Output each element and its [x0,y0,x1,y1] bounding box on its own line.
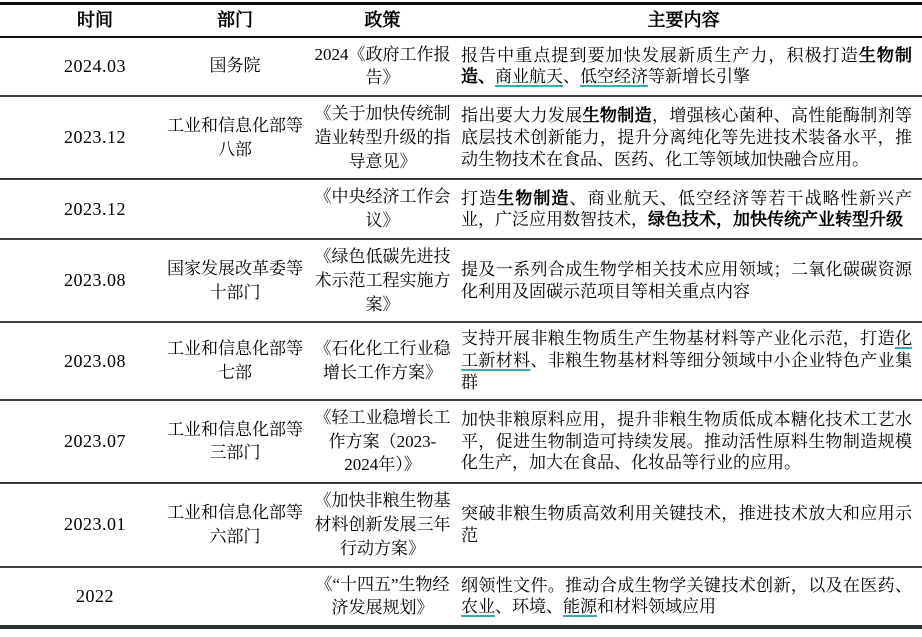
time-cell: 2023.01 [30,512,160,537]
table-row: 2023.08国家发展改革委等十部门《绿色低碳先进技术示范工程实施方案》提及一系… [0,240,922,323]
text-run: 突破非粮生物质高效利用关键技术，推进技术放大和应用示范 [461,504,912,545]
highlighted-term: 商业航天 [495,67,563,86]
content-cell: 加快非粮原料应用，提升非粮生物质低成本糖化技术工艺水平，促进生物制造可持续发展。… [455,409,914,474]
table-row: 2024.03国务院2024《政府工作报告》报告中重点提到要加快发展新质生产力，… [0,38,922,98]
policy-cell: 《加快非粮生物基材料创新发展三年行动方案》 [310,489,455,560]
content-cell: 打造生物制造、商业航天、低空经济等若干战略性新兴产业，广泛应用数智技术，绿色技术… [455,188,914,232]
bold-term: 生物制造 [497,189,569,208]
policy-cell: 《中央经济工作会议》 [310,185,455,233]
time-cell: 2023.08 [30,349,160,374]
text-run: 指出要大力发展 [461,106,583,125]
dept-cell: 国务院 [160,54,310,78]
table-body: 2024.03国务院2024《政府工作报告》报告中重点提到要加快发展新质生产力，… [0,38,922,626]
table-row: 2022《“十四五”生物经济发展规划》纲领性文件。推动合成生物学关键技术创新，以… [0,568,922,626]
text-run: 加快非粮原料应用，提升非粮生物质低成本糖化技术工艺水平，促进生物制造可持续发展。… [461,410,912,473]
content-cell: 指出要大力发展生物制造，增强核心菌种、高性能酶制剂等底层技术创新能力，提升分离纯… [455,105,914,170]
text-run: 和材料领域应用 [597,597,716,616]
dept-cell: 国家发展改革委等十部门 [160,257,310,305]
time-cell: 2023.12 [30,197,160,222]
table-row: 2023.07工业和信息化部等三部门《轻工业稳增长工作方案（2023-2024年… [0,401,922,484]
highlighted-term: 低空经济 [580,67,648,86]
table-header-row: 时间 部门 政策 主要内容 [0,5,922,38]
time-cell: 2024.03 [30,54,160,79]
policy-cell: 《关于加快传统制造业转型升级的指导意见》 [310,102,455,173]
policy-cell: 《“十四五”生物经济发展规划》 [310,573,455,621]
bold-term: 生物制造 [583,106,652,125]
highlighted-term: 农业 [461,597,495,616]
text-run: 、环境、 [495,597,563,616]
table-row: 2023.12工业和信息化部等八部《关于加快传统制造业转型升级的指导意见》指出要… [0,97,922,180]
time-cell: 2023.12 [30,125,160,150]
header-time: 时间 [30,9,160,32]
text-run: 纲领性文件。推动合成生物学关键技术创新，以及在医药、 [461,576,912,595]
header-content: 主要内容 [455,9,912,32]
header-department: 部门 [160,9,310,32]
policy-cell: 2024《政府工作报告》 [310,43,455,91]
bold-term: 绿色技术，加快传统产业转型升级 [648,210,903,229]
dept-cell: 工业和信息化部等八部 [160,114,310,162]
content-cell: 支持开展非粮生物质生产生物基材料等产业化示范，打造化工新材料、非粮生物基材料等细… [455,328,914,393]
header-policy: 政策 [310,9,455,32]
time-cell: 2023.08 [30,268,160,293]
time-cell: 2023.07 [30,429,160,454]
table-row: 2023.08工业和信息化部等七部《石化化工行业稳增长工作方案》支持开展非粮生物… [0,323,922,400]
content-cell: 纲领性文件。推动合成生物学关键技术创新，以及在医药、农业、环境、能源和材料领域应… [455,575,914,619]
text-run: 支持开展非粮生物质生产生物基材料等产业化示范，打造 [461,329,895,348]
text-run: 、 [563,67,580,86]
dept-cell: 工业和信息化部等七部 [160,337,310,385]
content-cell: 提及一系列合成生物学相关技术应用领域；二氧化碳碳资源化利用及固碳示范项目等相关重… [455,259,914,303]
dept-cell: 工业和信息化部等六部门 [160,501,310,549]
policy-cell: 《轻工业稳增长工作方案（2023-2024年）》 [310,406,455,477]
content-cell: 突破非粮生物质高效利用关键技术，推进技术放大和应用示范 [455,503,914,547]
time-cell: 2022 [30,584,160,609]
content-cell: 报告中重点提到要加快发展新质生产力，积极打造生物制造、商业航天、低空经济等新增长… [455,45,914,89]
policy-cell: 《绿色低碳先进技术示范工程实施方案》 [310,245,455,316]
text-run: 打造 [461,189,497,208]
text-run: 报告中重点提到要加快发展新质生产力，积极打造 [461,46,859,65]
table-row: 2023.01工业和信息化部等六部门《加快非粮生物基材料创新发展三年行动方案》突… [0,484,922,567]
highlighted-term: 能源 [563,597,597,616]
table-row: 2023.12《中央经济工作会议》打造生物制造、商业航天、低空经济等若干战略性新… [0,180,922,240]
dept-cell: 工业和信息化部等三部门 [160,418,310,466]
policy-table: 时间 部门 政策 主要内容 2024.03国务院2024《政府工作报告》报告中重… [0,2,922,629]
policy-cell: 《石化化工行业稳增长工作方案》 [310,337,455,385]
text-run: 等新增长引擎 [648,67,750,86]
text-run: 提及一系列合成生物学相关技术应用领域；二氧化碳碳资源化利用及固碳示范项目等相关重… [461,260,912,301]
